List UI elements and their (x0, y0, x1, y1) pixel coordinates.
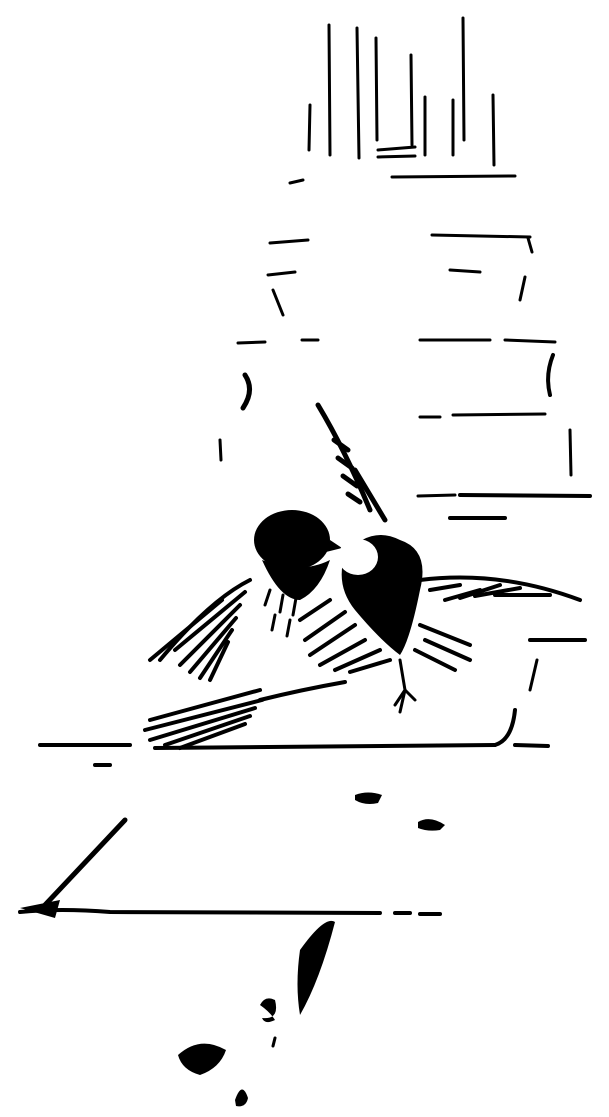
ledge (20, 710, 548, 918)
bird-left (145, 510, 345, 748)
bird-right-spread-wing (420, 578, 580, 601)
ground-debris (178, 793, 445, 1107)
ink-illustration (0, 0, 609, 1117)
bird-right-raised-wing (318, 405, 385, 520)
bird-right-legs (395, 660, 415, 712)
bird-right (300, 405, 580, 712)
bird-left-wing (150, 580, 250, 680)
bird-left-tail (145, 682, 345, 748)
column-capital (290, 18, 515, 183)
